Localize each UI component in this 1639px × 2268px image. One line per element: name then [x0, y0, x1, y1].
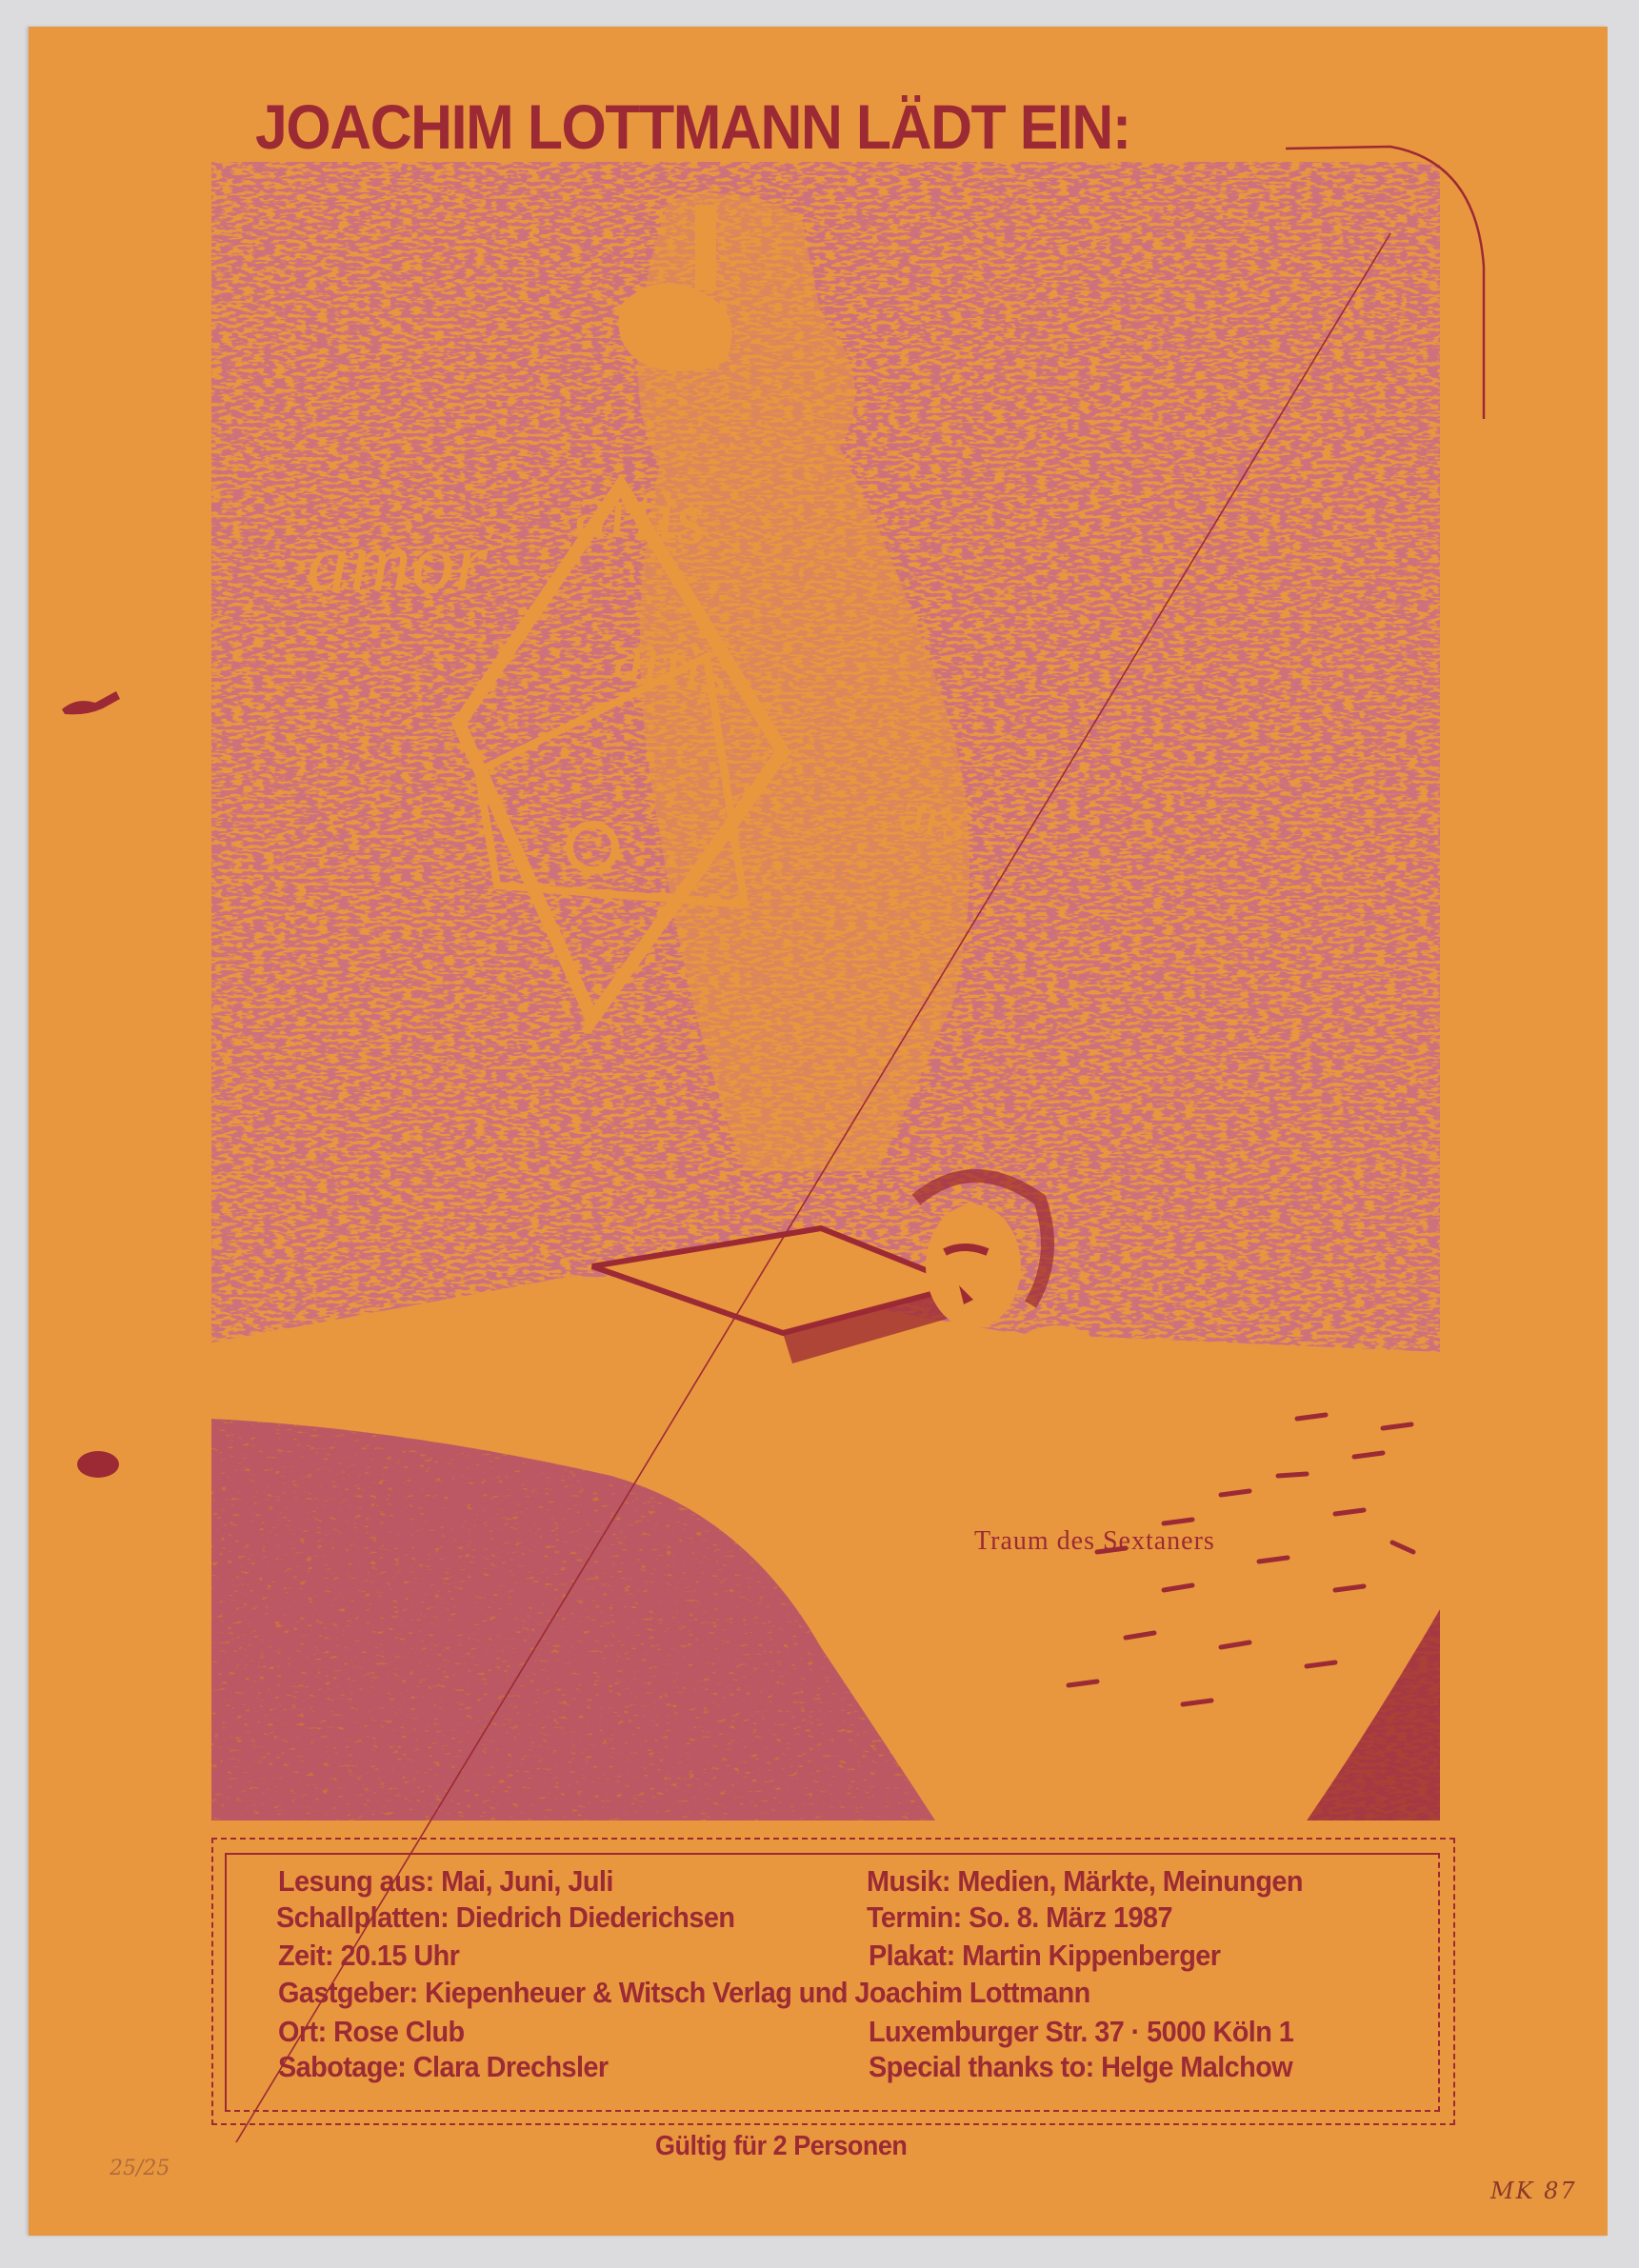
- illustration-graphic: amor artis artis ars: [211, 162, 1440, 1820]
- info-poster-credit: Plakat: Martin Kippenberger: [869, 1940, 1220, 1970]
- info-music: Musik: Medien, Märkte, Meinungen: [867, 1866, 1303, 1896]
- info-records: Schallplatten: Diedrich Diederichsen: [276, 1902, 734, 1932]
- info-host: Gastgeber: Kiepenheuer & Witsch Verlag u…: [278, 1978, 1090, 2007]
- info-sabotage: Sabotage: Clara Drechsler: [278, 2052, 609, 2081]
- edition-number: 25/25: [110, 2157, 170, 2180]
- info-thanks: Special thanks to: Helge Malchow: [869, 2052, 1292, 2081]
- image-text-amor: amor: [307, 515, 489, 609]
- artist-signature: MK 87: [1490, 2178, 1577, 2204]
- image-caption: Traum des Sextaners: [974, 1526, 1215, 1557]
- info-venue: Ort: Rose Club: [278, 2017, 465, 2046]
- validity-note: Gültig für 2 Personen: [0, 2131, 1639, 2162]
- info-time: Zeit: 20.15 Uhr: [278, 1940, 459, 1970]
- poster-illustration: amor artis artis ars: [211, 162, 1440, 1820]
- image-text-artis: artis: [571, 467, 710, 562]
- validity-text: Gültig für 2 Personen: [655, 2131, 907, 2162]
- info-reading: Lesung aus: Mai, Juni, Juli: [278, 1866, 613, 1896]
- poster-title: JOACHIM LOTTMANN LÄDT EIN:: [255, 95, 1307, 158]
- info-address: Luxemburger Str. 37 · 5000 Köln 1: [869, 2017, 1293, 2046]
- info-date: Termin: So. 8. März 1987: [867, 1902, 1172, 1932]
